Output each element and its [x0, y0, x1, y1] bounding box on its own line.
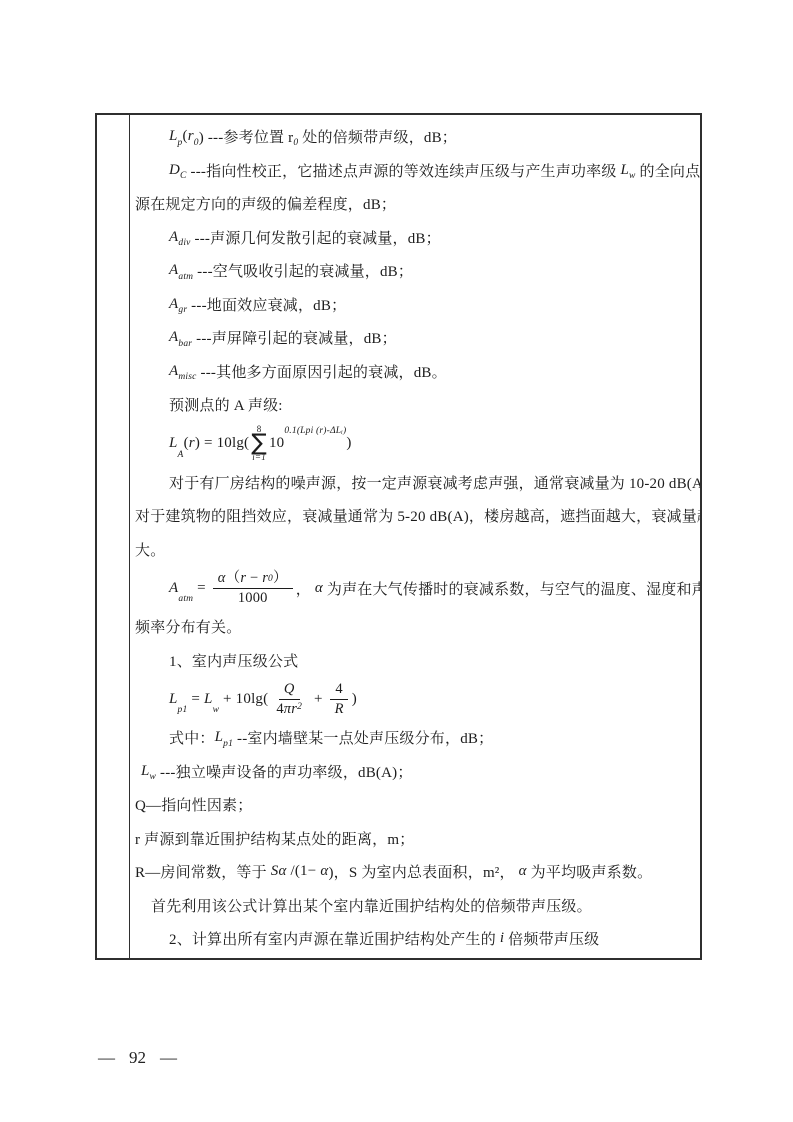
line-rconst-definition: R—房间常数，等于 Sα /(1− α)，S 为室内总表面积，m²， α 为平均… — [135, 855, 696, 889]
math-fraction: Q4πr2 — [271, 681, 307, 717]
page-number: — 92 — — [98, 1048, 177, 1068]
math-subscript: 0 — [293, 138, 298, 148]
text-segment: 4 — [276, 701, 283, 718]
sigma-glyph: ∑ — [251, 434, 267, 454]
math-variable: A — [169, 296, 178, 313]
math-subscript: atm — [178, 272, 193, 282]
line-item2-heading: 2、计算出所有室内声源在靠近围护结构处产生的 i 倍频带声压级 — [135, 922, 696, 956]
math-variable: R — [335, 701, 344, 718]
text-segment: 对于有厂房结构的噪声源，按一定声源衰减考虑声强，通常衰减量为 10-20 dB(… — [169, 472, 700, 493]
math-subscript: p1 — [178, 705, 188, 715]
text-segment: ---地面效应衰减，dB； — [187, 294, 346, 315]
math-variable: Sα — [271, 863, 287, 880]
fraction-denominator: 1000 — [233, 589, 273, 607]
text-segment: 为平均吸声系数。 — [527, 861, 653, 882]
table-gutter-column — [97, 115, 130, 958]
math-variable: α — [218, 570, 226, 587]
math-variable: L — [204, 691, 213, 708]
math-variable: A — [169, 262, 178, 279]
text-segment: 2、计算出所有室内声源在靠近围护结构处产生的 — [169, 928, 500, 949]
formula-lp1: Lp1 = Lw + 10lg(Q4πr2 + 4R) — [135, 677, 696, 721]
math-subscript: w — [213, 705, 220, 715]
math-subscript: 0 — [194, 138, 199, 148]
text-segment: 首先利用该公式计算出某个室内靠近围护结构处的倍频带声压级。 — [151, 895, 592, 916]
text-segment: ） — [273, 570, 288, 587]
math-variable: D — [169, 162, 180, 179]
text-segment: − — [246, 570, 262, 587]
text-segment: （ — [226, 570, 241, 587]
page-number-left-dash: — — [98, 1048, 115, 1068]
fraction-denominator: 4πr2 — [271, 700, 307, 718]
text-segment: /(1− — [287, 863, 321, 880]
page-number-value: 92 — [129, 1048, 146, 1068]
text-segment: = — [187, 691, 204, 708]
text-segment: ) ---参考位置 r — [199, 126, 294, 147]
text-segment: ---声源几何发散引起的衰减量，dB； — [191, 227, 441, 248]
text-segment: 式中： — [169, 727, 215, 748]
line-first-use: 首先利用该公式计算出某个室内靠近围护结构处的倍频带声压级。 — [135, 889, 696, 923]
math-subscript: A — [178, 450, 184, 460]
content-column: Lp(r0) ---参考位置 r0 处的倍频带声级，dB；DC ---指向性校正… — [130, 115, 700, 958]
math-superscript: 0.1(Lpi (r)-ΔLᵢ) — [284, 426, 346, 436]
math-variable: A — [169, 580, 178, 597]
text-segment: = — [193, 580, 210, 597]
line-aatm-definition: Aatm ---空气吸收引起的衰减量，dB； — [135, 254, 696, 288]
line-agr-definition: Agr ---地面效应衰减，dB； — [135, 288, 696, 322]
math-superscript: 2 — [297, 702, 302, 713]
text-segment: + 10lg( — [219, 691, 268, 708]
text-segment: ---其他多方面原因引起的衰减，dB。 — [197, 361, 447, 382]
text-segment: 倍频带声压级 — [504, 928, 599, 949]
line-lp1-definition: 式中：Lp1 --室内墙壁某一点处声压级分布，dB； — [135, 721, 696, 755]
line-q-definition: Q—指向性因素； — [135, 788, 696, 822]
text-segment: ---指向性校正，它描述点声源的等效连续声压级与产生声功率级 — [187, 160, 621, 181]
line-amisc-definition: Amisc ---其他多方面原因引起的衰减，dB。 — [135, 355, 696, 389]
text-segment: Q—指向性因素； — [135, 794, 252, 815]
math-variable: α — [320, 863, 328, 880]
text-segment: 源在规定方向的声级的偏差程度，dB； — [135, 193, 396, 214]
text-segment: 预测点的 A 声级: — [169, 394, 283, 415]
fraction-denominator: R — [330, 700, 349, 718]
line-adiv-definition: Adiv ---声源几何发散引起的衰减量，dB； — [135, 221, 696, 255]
math-variable: L — [141, 763, 150, 780]
math-variable: L — [169, 435, 178, 452]
text-segment: --室内墙壁某一点处声压级分布，dB； — [233, 727, 493, 748]
math-subscript: 0 — [268, 574, 273, 585]
math-subscript: gr — [178, 305, 187, 315]
text-segment: R—房间常数，等于 — [135, 861, 271, 882]
text-segment: ---独立噪声设备的声功率级，dB(A)； — [156, 761, 412, 782]
math-subscript: misc — [178, 372, 196, 382]
line-aatm-cont: 频率分布有关。 — [135, 610, 696, 644]
page-number-right-dash: — — [160, 1048, 177, 1068]
math-variable: A — [169, 363, 178, 380]
text-segment: ， — [296, 578, 315, 599]
math-subscript: w — [150, 772, 157, 782]
line-building-attenuation: 对于建筑物的阻挡效应，衰减量通常为 5-20 dB(A)，楼房越高，遮挡面越大，… — [135, 499, 696, 533]
math-fraction: α（r − r0）1000 — [213, 570, 293, 606]
math-variable: L — [169, 691, 178, 708]
text-segment: 10 — [269, 435, 284, 452]
page: Lp(r0) ---参考位置 r0 处的倍频带声级，dB；DC ---指向性校正… — [0, 0, 793, 1122]
math-variable: πr — [284, 701, 297, 718]
text-segment: 为声在大气传播时的衰减系数，与空气的温度、湿度和声波 — [323, 578, 700, 599]
text-segment: 1000 — [238, 590, 268, 607]
line-factory-attenuation: 对于有厂房结构的噪声源，按一定声源衰减考虑声强，通常衰减量为 10-20 dB(… — [135, 466, 696, 500]
line-item1-heading: 1、室内声压级公式 — [135, 644, 696, 678]
line-a-level-heading: 预测点的 A 声级: — [135, 388, 696, 422]
text-segment: ) — [346, 435, 351, 452]
formula-a-sound-level: LA(r) = 10lg(8∑i=1100.1(Lpi (r)-ΔLᵢ)) — [135, 422, 696, 466]
fraction-numerator: α（r − r0） — [213, 570, 293, 589]
math-subscript: w — [629, 171, 636, 181]
math-fraction: 4R — [330, 681, 349, 717]
math-subscript: atm — [178, 594, 193, 604]
line-r-definition: r 声源到靠近围护结构某点处的距离，m； — [135, 822, 696, 856]
math-variable: α — [315, 580, 323, 597]
text-segment: )，S 为室内总表面积，m²， — [328, 861, 518, 882]
document-table-frame: Lp(r0) ---参考位置 r0 处的倍频带声级，dB；DC ---指向性校正… — [95, 113, 702, 960]
math-variable: α — [519, 863, 527, 880]
text-segment: + — [310, 691, 327, 708]
text-segment: 频率分布有关。 — [135, 616, 241, 637]
math-subscript: bar — [178, 339, 192, 349]
line-building-attenuation-cont: 大。 — [135, 533, 696, 567]
math-variable: L — [169, 128, 178, 145]
line-lp-r0-definition: Lp(r0) ---参考位置 r0 处的倍频带声级，dB； — [135, 120, 696, 154]
fraction-numerator: Q — [279, 681, 300, 700]
text-segment: 对于建筑物的阻挡效应，衰减量通常为 5-20 dB(A)，楼房越高，遮挡面越大，… — [135, 505, 700, 526]
math-subscript: p1 — [223, 739, 233, 749]
text-segment: r 声源到靠近围护结构某点处的距离，m； — [135, 828, 414, 849]
math-variable: L — [620, 162, 629, 179]
summation-symbol: 8∑i=1 — [251, 425, 267, 463]
line-dc-definition-cont: 源在规定方向的声级的偏差程度，dB； — [135, 187, 696, 221]
math-variable: A — [169, 329, 178, 346]
line-abar-definition: Abar ---声屏障引起的衰减量，dB； — [135, 321, 696, 355]
text-segment: 的全向点声 — [636, 160, 700, 181]
math-subscript: p — [178, 138, 183, 148]
text-segment: ) = 10lg( — [195, 435, 249, 452]
line-lw-definition: Lw ---独立噪声设备的声功率级，dB(A)； — [135, 755, 696, 789]
fraction-numerator: 4 — [330, 681, 347, 700]
text-segment: 大。 — [135, 539, 165, 560]
math-variable: L — [215, 729, 224, 746]
text-segment: ) — [352, 691, 357, 708]
text-segment: 1、室内声压级公式 — [169, 650, 298, 671]
math-subscript: C — [180, 171, 187, 181]
summation-lower-limit: i=1 — [252, 453, 266, 462]
text-segment: ---声屏障引起的衰减量，dB； — [192, 327, 397, 348]
math-variable: Q — [284, 681, 295, 698]
math-variable: A — [169, 229, 178, 246]
math-subscript: div — [178, 238, 190, 248]
text-segment: ---空气吸收引起的衰减量，dB； — [193, 260, 413, 281]
formula-aatm: Aatm = α（r − r0）1000， α 为声在大气传播时的衰减系数，与空… — [135, 566, 696, 610]
text-segment: 处的倍频带声级，dB； — [298, 126, 457, 147]
text-segment: 4 — [335, 681, 342, 698]
line-dc-definition: DC ---指向性校正，它描述点声源的等效连续声压级与产生声功率级 Lw 的全向… — [135, 154, 696, 188]
